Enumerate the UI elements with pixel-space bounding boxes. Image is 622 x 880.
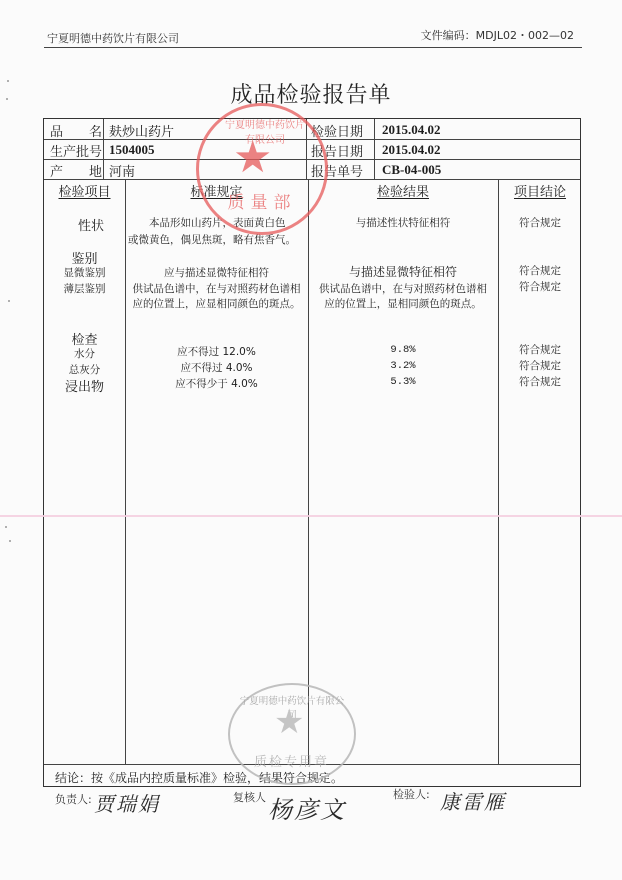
- qc-stamp: 宁夏明德中药饮片有限公司 ★ 质检专用章: [228, 683, 356, 785]
- standard-tlc-2: 应的位置上，应显相同颜色的斑点。: [125, 296, 308, 311]
- batch-label: 生产批号: [50, 141, 102, 160]
- col-divider: [103, 119, 104, 179]
- inspector-label: 检验人:: [393, 786, 430, 802]
- conclusion-appearance: 符合规定: [498, 215, 582, 230]
- result-tlc-1: 供试品色谱中，在与对照药材色谱相: [308, 281, 498, 296]
- scan-speck: [6, 98, 8, 100]
- star-icon: ★: [274, 705, 304, 739]
- col-divider: [374, 119, 375, 179]
- standard-microscopic: 应与描述显微特征相符: [125, 265, 308, 280]
- result-extract: 5.3%: [308, 376, 498, 388]
- stamp-dept-text: 质检专用章: [230, 751, 353, 770]
- standard-tlc-1: 供试品色谱中，在与对照药材色谱相: [125, 281, 308, 296]
- scan-speck: [7, 80, 9, 82]
- responsible-label: 负责人:: [55, 791, 92, 807]
- inspect-date-value: 2015.04.02: [382, 122, 441, 138]
- report-date-value: 2015.04.02: [382, 142, 441, 158]
- standard-total-ash: 应不得过 4.0%: [125, 360, 308, 375]
- conclusion-tlc: 符合规定: [498, 279, 582, 294]
- item-extract: 浸出物: [44, 376, 125, 395]
- item-total-ash: 总灰分: [44, 362, 125, 377]
- standard-moisture: 应不得过 12.0%: [125, 344, 308, 359]
- col-header-result: 检验结果: [308, 181, 498, 200]
- reviewer-signature: 杨彦文: [268, 790, 346, 825]
- scan-speck: [8, 300, 10, 302]
- company-name: 宁夏明德中药饮片有限公司: [47, 30, 179, 46]
- stamp-dept-text: 质量部: [199, 188, 325, 213]
- star-icon: ★: [233, 136, 272, 180]
- scan-speck: [9, 540, 11, 542]
- scan-speck: [5, 526, 7, 528]
- item-microscopic: 显微鉴别: [44, 265, 125, 280]
- result-microscopic: 与描述显微特征相符: [308, 263, 498, 280]
- product-name-value: 麸炒山药片: [109, 121, 174, 140]
- conclusion-extract: 符合规定: [498, 374, 582, 389]
- result-total-ash: 3.2%: [308, 360, 498, 372]
- col-header-conclusion: 项目结论: [498, 181, 582, 200]
- report-title: 成品检验报告单: [0, 78, 622, 109]
- col-header-item: 检验项目: [44, 181, 125, 200]
- report-no-value: CB-04-005: [382, 162, 441, 178]
- result-appearance: 与描述性状特征相符: [308, 215, 498, 230]
- conclusion-microscopic: 符合规定: [498, 263, 582, 278]
- batch-value: 1504005: [109, 142, 155, 158]
- quality-dept-stamp: 宁夏明德中药饮片有限公司 ★ 质量部: [196, 103, 328, 235]
- item-moisture: 水分: [44, 346, 125, 361]
- conclusion-moisture: 符合规定: [498, 342, 582, 357]
- header-divider: [44, 47, 582, 48]
- standard-extract: 应不得少于 4.0%: [125, 376, 308, 391]
- origin-value: 河南: [109, 161, 135, 180]
- result-tlc-2: 应的位置上，显相同颜色的斑点。: [308, 296, 498, 311]
- conclusion-total-ash: 符合规定: [498, 358, 582, 373]
- inspector-signature: 康雷雁: [440, 786, 506, 815]
- product-name-label: 品 名: [50, 121, 102, 140]
- responsible-signature: 贾瑞娟: [94, 788, 160, 817]
- file-code: 文件编码：MDJL02・002—02: [421, 27, 574, 43]
- origin-label: 产 地: [50, 161, 102, 180]
- reviewer-label: 复核人: [233, 789, 266, 805]
- scan-artifact-line: [0, 515, 622, 517]
- result-moisture: 9.8%: [308, 344, 498, 356]
- item-appearance: 性状: [78, 215, 104, 234]
- item-tlc: 薄层鉴别: [44, 281, 125, 296]
